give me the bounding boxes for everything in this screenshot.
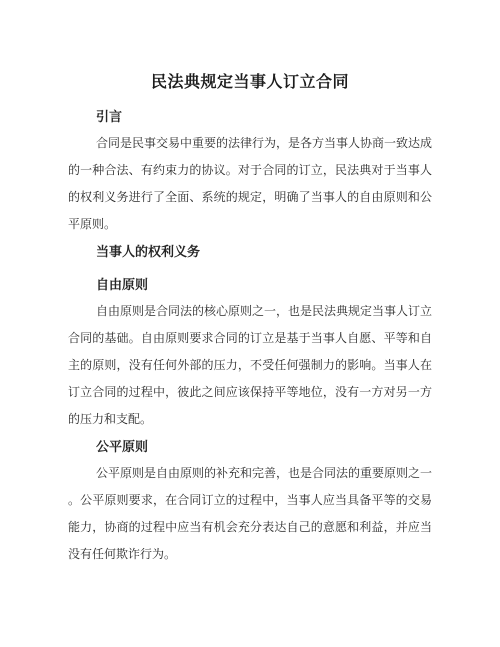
page-content: 民法典规定当事人订立合同 引言 合同是民事交易中重要的法律行为，是各方当事人协商… [0,0,500,568]
text-line: 。公平原则要求，在合同订立的过程中，当事人应当具备平等的交易 [68,487,432,514]
text-line: 合同是民事交易中重要的法律行为，是各方当事人协商一致达成 [68,130,432,157]
document-title: 民法典规定当事人订立合同 [68,71,432,94]
text-line: 订立合同的过程中，彼此之间应该保持平等地位，没有一方对另一方 [68,379,432,406]
text-line: 自由原则是合同法的核心原则之一，也是民法典规定当事人订立 [68,298,432,325]
paragraph-intro: 合同是民事交易中重要的法律行为，是各方当事人协商一致达成 的一种合法、有约束力的… [68,130,432,238]
text-line: 主的原则，没有任何外部的压力，不受任何强制力的影响。当事人在 [68,352,432,379]
paragraph-freedom-principle: 自由原则是合同法的核心原则之一，也是民法典规定当事人订立 合同的基础。自由原则要… [68,298,432,433]
heading-rights-obligations: 当事人的权利义务 [68,238,432,265]
heading-fairness-principle: 公平原则 [68,433,432,460]
heading-intro: 引言 [68,103,432,130]
text-line: 公平原则是自由原则的补充和完善，也是合同法的重要原则之一 [68,460,432,487]
text-line: 合同的基础。自由原则要求合同的订立是基于当事人自愿、平等和自 [68,325,432,352]
document-page: 民法典规定当事人订立合同 引言 合同是民事交易中重要的法律行为，是各方当事人协商… [0,0,500,647]
heading-freedom-principle: 自由原则 [68,271,432,298]
paragraph-fairness-principle: 公平原则是自由原则的补充和完善，也是合同法的重要原则之一 。公平原则要求，在合同… [68,460,432,568]
text-line: 的权利义务进行了全面、系统的规定，明确了当事人的自由原则和公 [68,184,432,211]
text-line: 平原则。 [68,211,432,238]
text-line: 的一种合法、有约束力的协议。对于合同的订立，民法典对于当事人 [68,157,432,184]
text-line: 能力，协商的过程中应当有机会充分表达自己的意愿和利益，并应当 [68,514,432,541]
text-line: 没有任何欺诈行为。 [68,541,432,568]
text-line: 的压力和支配。 [68,406,432,433]
